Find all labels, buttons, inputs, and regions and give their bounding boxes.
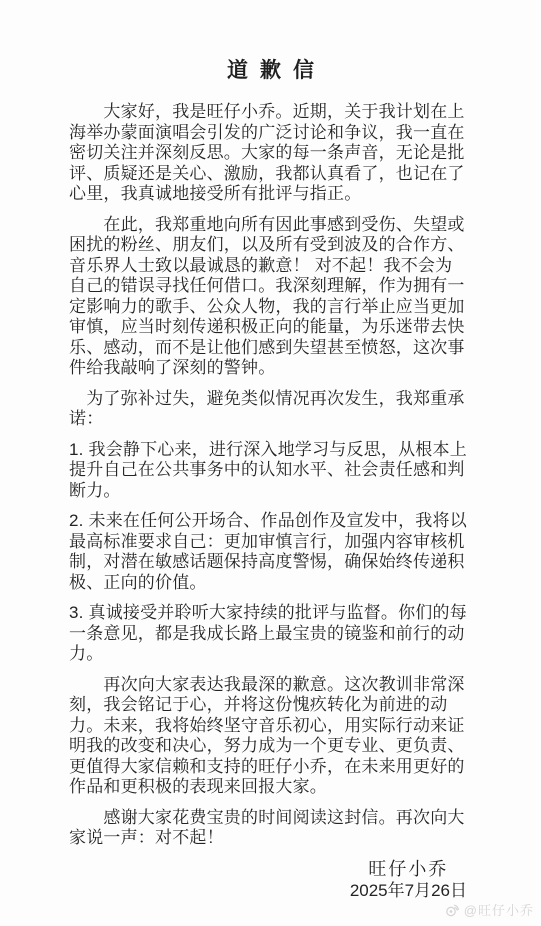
letter-paragraph-greeting: 大家好，我是旺仔小乔。近期，关于我计划在上海举办蒙面演唱会引发的广泛讨论和争议，… bbox=[69, 102, 469, 205]
letter-paragraph-promise-intro: 为了弥补过失，避免类似情况再次发生，我郑重承诺： bbox=[69, 389, 469, 430]
letter-paragraph-apology: 在此，我郑重地向所有因此事感到受伤、失望或困扰的粉丝、朋友们，以及所有受到波及的… bbox=[69, 215, 469, 379]
weibo-watermark: @旺仔小乔 bbox=[444, 900, 534, 919]
letter-list-item-2: 2. 未来在任何公开场合、作品创作及宣发中，我将以最高标准要求自己：更加审慎言行… bbox=[69, 511, 469, 593]
signature-block: 旺仔小乔 2025年7月26日 bbox=[69, 859, 469, 901]
letter-list-item-3: 3. 真诚接受并聆听大家持续的批评与监督。你们的每一条意见，都是我成长路上最宝贵… bbox=[69, 603, 469, 665]
letter-list-item-1: 1. 我会静下心来，进行深入地学习与反思，从根本上提升自己在公共事务中的认知水平… bbox=[69, 440, 469, 502]
letter-paragraph-closing: 再次向大家表达我最深的歉意。这次教训非常深刻，我会铭记于心，并将这份愧疚转化为前… bbox=[69, 675, 469, 798]
letter-paragraph-thanks: 感谢大家花费宝贵的时间阅读这封信。再次向大家说一声：对不起！ bbox=[69, 808, 469, 849]
signature-name: 旺仔小乔 bbox=[350, 859, 467, 880]
watermark-text: @旺仔小乔 bbox=[464, 900, 534, 919]
signature-date: 2025年7月26日 bbox=[350, 880, 467, 901]
apology-letter-page: 道歉信 大家好，我是旺仔小乔。近期，关于我计划在上海举办蒙面演唱会引发的广泛讨论… bbox=[0, 0, 541, 926]
weibo-icon bbox=[444, 902, 460, 918]
letter-title: 道歉信 bbox=[0, 56, 541, 86]
signature-inner: 旺仔小乔 2025年7月26日 bbox=[350, 859, 467, 901]
letter-body: 大家好，我是旺仔小乔。近期，关于我计划在上海举办蒙面演唱会引发的广泛讨论和争议，… bbox=[69, 102, 469, 901]
